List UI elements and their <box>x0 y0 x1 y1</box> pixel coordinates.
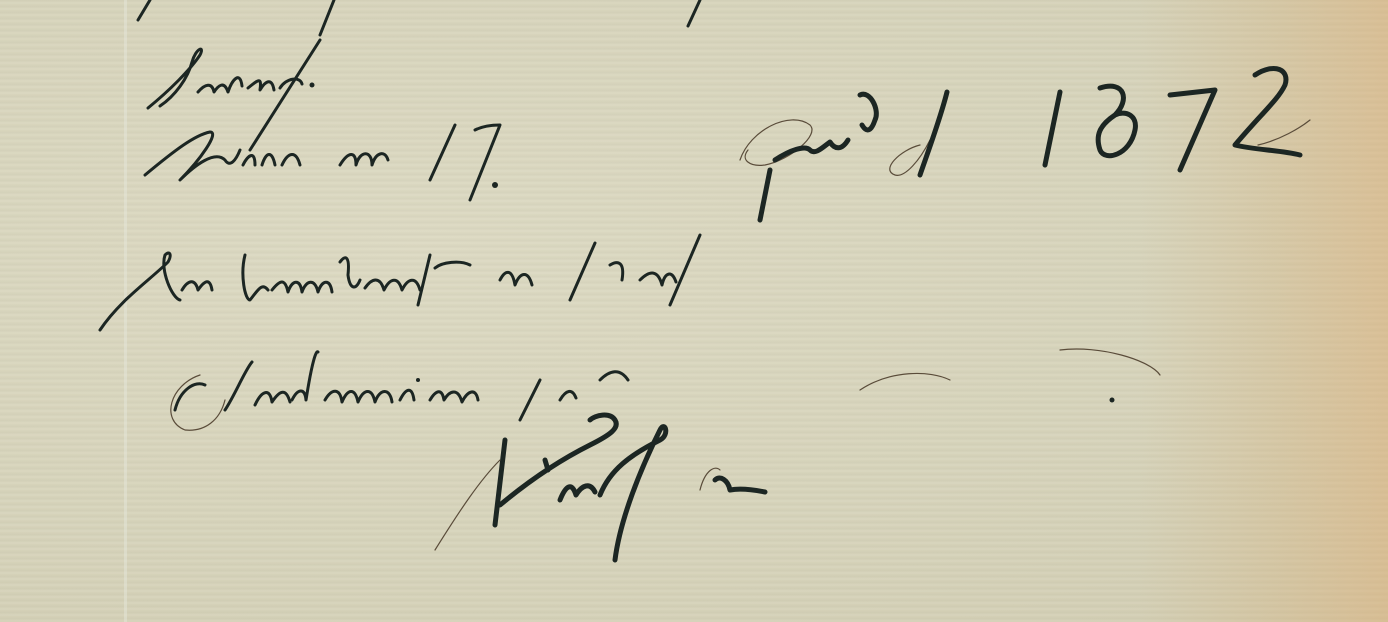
line-0-strokes <box>138 0 700 35</box>
signature-faded-strokes <box>435 460 720 550</box>
april-1872-strokes <box>760 68 1300 220</box>
line-3-strokes <box>100 235 700 330</box>
signature-strokes <box>495 415 765 560</box>
handwriting-layer <box>0 0 1388 622</box>
line-1-strokes <box>148 40 320 150</box>
line-2-strokes <box>145 125 500 200</box>
line-4-faded-strokes <box>171 349 1160 430</box>
line-4-strokes <box>175 352 1115 420</box>
